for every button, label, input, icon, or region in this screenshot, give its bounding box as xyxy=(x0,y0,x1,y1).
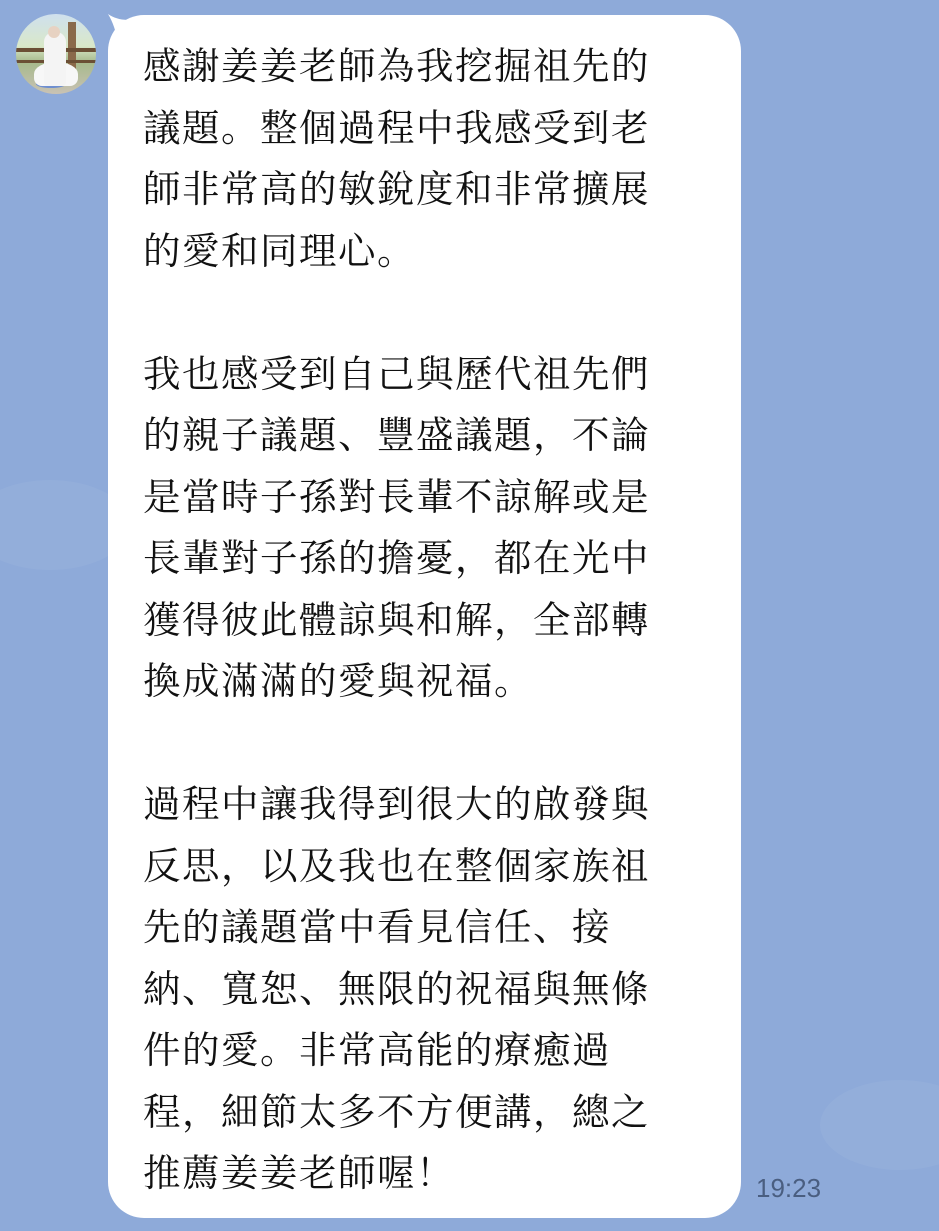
message-timestamp: 19:23 xyxy=(756,1173,821,1204)
message-line: 先的議題當中看見信任、接 xyxy=(143,897,703,959)
message-line: 我也感受到自己與歷代祖先們 xyxy=(143,344,703,406)
message-line: 師非常高的敏銳度和非常擴展 xyxy=(143,159,703,221)
message-line: 程，細節太多不方便講，總之 xyxy=(143,1082,703,1144)
paragraph-gap xyxy=(143,282,703,344)
avatar-head xyxy=(48,26,60,38)
message-line: 的親子議題、豐盛議題，不論 xyxy=(143,405,703,467)
message-line: 長輩對子孫的擔憂，都在光中 xyxy=(143,528,703,590)
message-line: 感謝姜姜老師為我挖掘祖先的 xyxy=(143,36,703,98)
message-line: 換成滿滿的愛與祝福。 xyxy=(143,651,703,713)
avatar-figure xyxy=(44,32,66,86)
background-cloud xyxy=(820,1080,939,1170)
paragraph-gap xyxy=(143,713,703,775)
message-line: 的愛和同理心。 xyxy=(143,221,703,283)
message-line: 是當時子孫對長輩不諒解或是 xyxy=(143,467,703,529)
message-line: 議題。整個過程中我感受到老 xyxy=(143,98,703,160)
sender-avatar[interactable] xyxy=(16,14,96,94)
message-line: 獲得彼此體諒與和解，全部轉 xyxy=(143,590,703,652)
message-text: 感謝姜姜老師為我挖掘祖先的 議題。整個過程中我感受到老 師非常高的敏銳度和非常擴… xyxy=(143,36,703,1205)
message-line: 納、寬恕、無限的祝福與無條 xyxy=(143,959,703,1021)
message-line: 反思，以及我也在整個家族祖 xyxy=(143,836,703,898)
message-line: 推薦姜姜老師喔！ xyxy=(143,1143,703,1205)
message-line: 件的愛。非常高能的療癒過 xyxy=(143,1020,703,1082)
message-line: 過程中讓我得到很大的啟發與 xyxy=(143,774,703,836)
